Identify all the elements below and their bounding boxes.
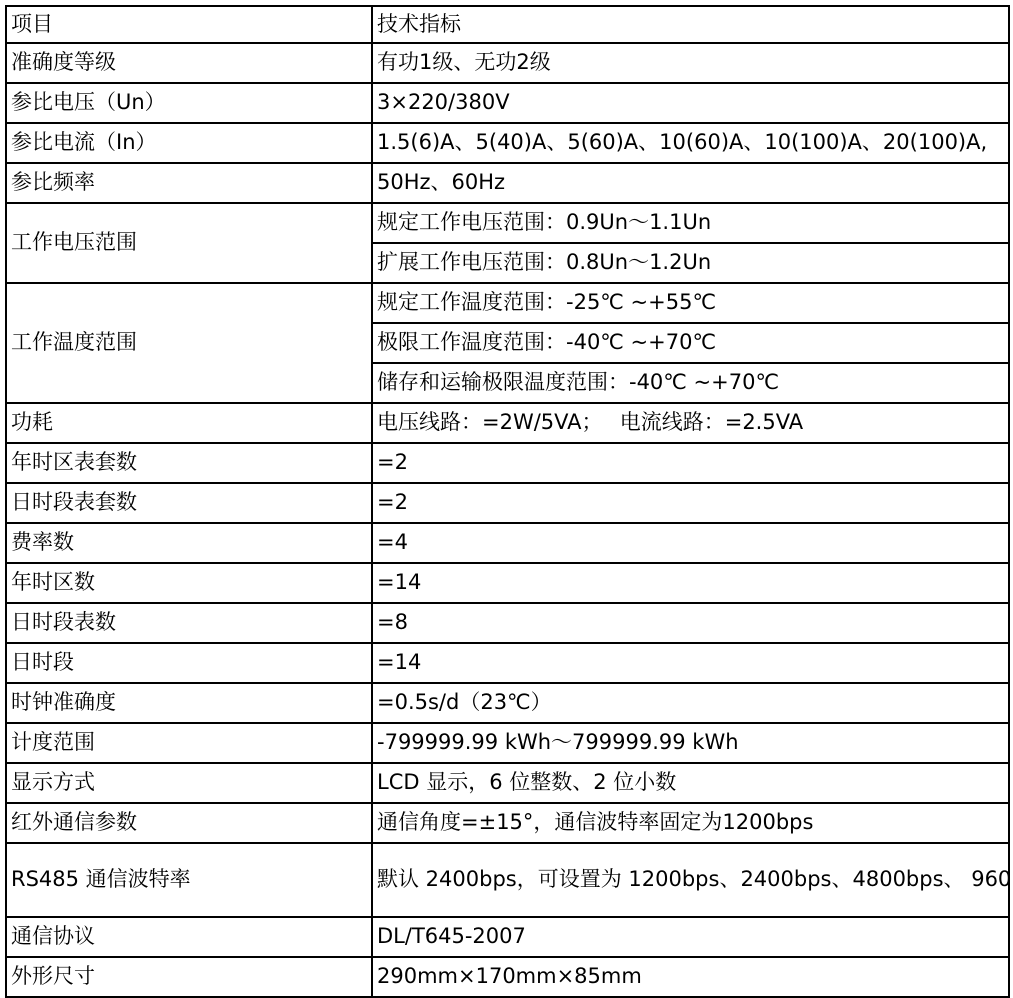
row-value-cell: 通信角度=±15°，通信波特率固定为1200bps (372, 803, 1009, 843)
table-row: 外形尺寸 290mm×170mm×85mm (6, 957, 1009, 997)
row-value-cell: 3×220/380V (372, 83, 1009, 123)
row-value-cell: =8 (372, 603, 1009, 643)
row-label-cell: 参比频率 (6, 163, 372, 203)
table-row: 工作温度范围 规定工作温度范围：-25℃ ~+55℃ (6, 283, 1009, 323)
document-page: 项目 技术指标 准确度等级 有功1级、无功2级 参比电压（Un） 3×220/3… (0, 0, 1013, 996)
table-row: 年时区表套数 =2 (6, 443, 1009, 483)
table-row: 日时段表数 =8 (6, 603, 1009, 643)
table-row: 通信协议 DL/T645-2007 (6, 917, 1009, 957)
table-row: 工作电压范围 规定工作电压范围：0.9Un～1.1Un (6, 203, 1009, 243)
table-row: 参比电压（Un） 3×220/380V (6, 83, 1009, 123)
row-value-cell: =14 (372, 563, 1009, 603)
table-row: 红外通信参数 通信角度=±15°，通信波特率固定为1200bps (6, 803, 1009, 843)
row-label-cell: 参比电压（Un） (6, 83, 372, 123)
row-label-cell: 日时段表套数 (6, 483, 372, 523)
row-label-cell: 计度范围 (6, 723, 372, 763)
table-row: 日时段表套数 =2 (6, 483, 1009, 523)
row-label-cell: 日时段表数 (6, 603, 372, 643)
header-cell-spec: 技术指标 (372, 6, 1009, 43)
row-value-cell: 默认 2400bps，可设置为 1200bps、2400bps、4800bps、… (372, 843, 1009, 917)
row-label-cell: 外形尺寸 (6, 957, 372, 997)
row-label-cell: 年时区数 (6, 563, 372, 603)
row-label-cell: 红外通信参数 (6, 803, 372, 843)
row-label-cell: 时钟准确度 (6, 683, 372, 723)
row-label-cell: 通信协议 (6, 917, 372, 957)
row-value-cell: 1.5(6)A、5(40)A、5(60)A、10(60)A、10(100)A、2… (372, 123, 1009, 163)
row-value-cell: -799999.99 kWh～799999.99 kWh (372, 723, 1009, 763)
table-row: 准确度等级 有功1级、无功2级 (6, 43, 1009, 83)
spec-table: 项目 技术指标 准确度等级 有功1级、无功2级 参比电压（Un） 3×220/3… (5, 5, 1010, 998)
row-value-cell: 极限工作温度范围：-40℃ ~+70℃ (372, 323, 1009, 363)
row-label-cell: 年时区表套数 (6, 443, 372, 483)
row-value-cell: 扩展工作电压范围：0.8Un～1.2Un (372, 243, 1009, 283)
row-label-cell: 日时段 (6, 643, 372, 683)
row-label-cell: 功耗 (6, 403, 372, 443)
row-value-cell: 规定工作温度范围：-25℃ ~+55℃ (372, 283, 1009, 323)
row-label-cell-voltage-range: 工作电压范围 (6, 203, 372, 283)
row-label-cell: 参比电流（In） (6, 123, 372, 163)
row-value-cell: =2 (372, 443, 1009, 483)
table-row: 显示方式 LCD 显示，6 位整数、2 位小数 (6, 763, 1009, 803)
row-value-cell: 储存和运输极限温度范围：-40℃ ~+70℃ (372, 363, 1009, 403)
row-value-cell: =4 (372, 523, 1009, 563)
row-label-cell: 显示方式 (6, 763, 372, 803)
table-row: RS485 通信波特率 默认 2400bps，可设置为 1200bps、2400… (6, 843, 1009, 917)
table-row: 参比电流（In） 1.5(6)A、5(40)A、5(60)A、10(60)A、1… (6, 123, 1009, 163)
row-value-cell: =0.5s/d（23℃） (372, 683, 1009, 723)
row-label-cell-temperature-range: 工作温度范围 (6, 283, 372, 403)
table-row: 功耗 电压线路：=2W/5VA； 电流线路：=2.5VA (6, 403, 1009, 443)
row-value-cell: =14 (372, 643, 1009, 683)
table-row: 参比频率 50Hz、60Hz (6, 163, 1009, 203)
table-header-row: 项目 技术指标 (6, 6, 1009, 43)
row-value-cell: DL/T645-2007 (372, 917, 1009, 957)
table-row: 日时段 =14 (6, 643, 1009, 683)
row-value-cell: LCD 显示，6 位整数、2 位小数 (372, 763, 1009, 803)
header-cell-item: 项目 (6, 6, 372, 43)
row-label-cell: 准确度等级 (6, 43, 372, 83)
row-value-cell: 50Hz、60Hz (372, 163, 1009, 203)
table-row: 时钟准确度 =0.5s/d（23℃） (6, 683, 1009, 723)
table-row: 费率数 =4 (6, 523, 1009, 563)
row-label-cell: 费率数 (6, 523, 372, 563)
row-value-cell: =2 (372, 483, 1009, 523)
row-label-cell-rs485: RS485 通信波特率 (6, 843, 372, 917)
row-value-cell: 电压线路：=2W/5VA； 电流线路：=2.5VA (372, 403, 1009, 443)
row-value-cell: 规定工作电压范围：0.9Un～1.1Un (372, 203, 1009, 243)
table-row: 计度范围 -799999.99 kWh～799999.99 kWh (6, 723, 1009, 763)
table-row: 年时区数 =14 (6, 563, 1009, 603)
row-value-cell: 有功1级、无功2级 (372, 43, 1009, 83)
row-value-cell: 290mm×170mm×85mm (372, 957, 1009, 997)
